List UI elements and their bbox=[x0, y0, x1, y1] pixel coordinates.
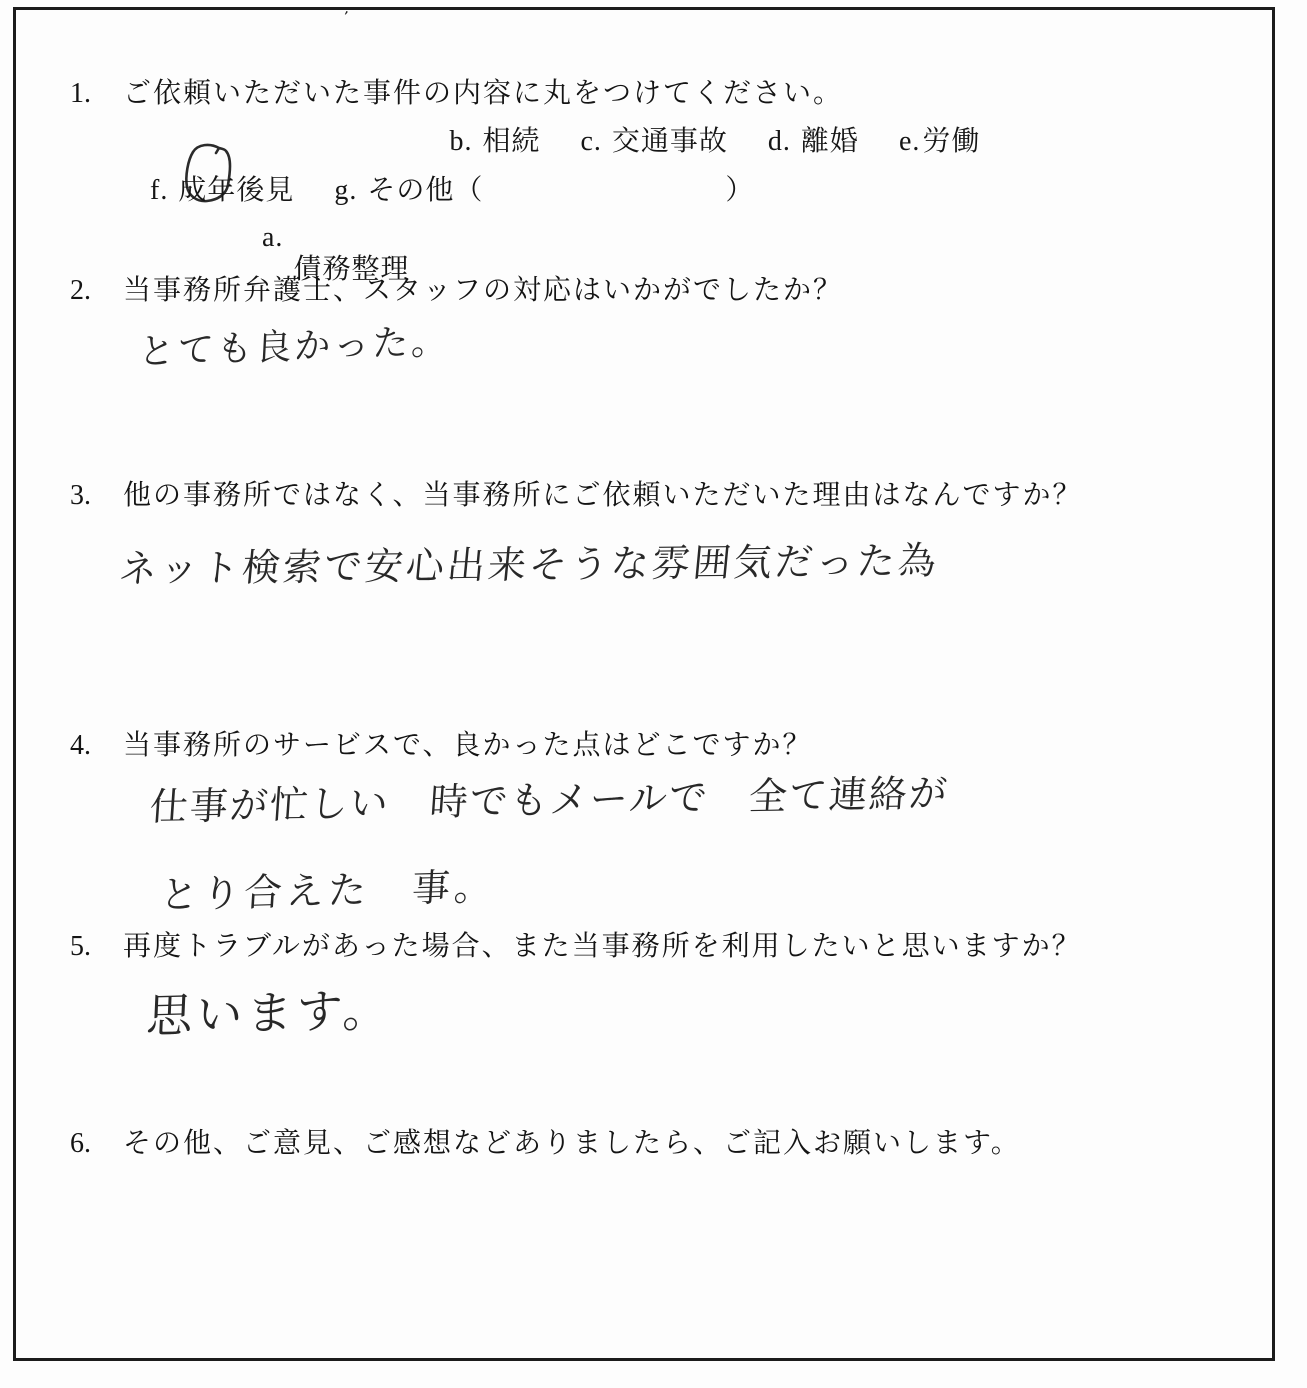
question-2-text: 当事務所弁護士、スタッフの対応はいかがでしたか？ bbox=[123, 275, 843, 306]
question-4-number: 4. bbox=[70, 730, 123, 762]
option-b-label: 相続 bbox=[482, 126, 540, 157]
option-a-letter: a. bbox=[262, 222, 283, 254]
handwritten-answer-q3: ネット検索で安心出来そうな雰囲気だった為 bbox=[117, 529, 942, 593]
option-e-label: 労働 bbox=[922, 126, 980, 157]
option-f-label: 成年後見 bbox=[178, 175, 294, 206]
question-2: 2.当事務所弁護士、スタッフの対応はいかがでしたか？ bbox=[70, 268, 843, 308]
question-4: 4.当事務所のサービスで、良かった点はどこですか？ bbox=[70, 723, 812, 763]
question-5: 5.再度トラブルがあった場合、また当事務所を利用したいと思いますか？ bbox=[70, 924, 1082, 964]
question-4-text: 当事務所のサービスで、良かった点はどこですか？ bbox=[123, 730, 812, 761]
option-d-label: 離婚 bbox=[801, 126, 859, 157]
option-g-label: その他（ bbox=[367, 175, 483, 206]
question-1-text: ご依頼いただいた事件の内容に丸をつけてください。 bbox=[123, 78, 843, 109]
handwritten-answer-q5: 思います。 bbox=[145, 974, 394, 1047]
close-paren: ） bbox=[725, 168, 754, 208]
question-5-number: 5. bbox=[70, 931, 123, 963]
question-2-number: 2. bbox=[70, 275, 123, 307]
question-6-text: その他、ご意見、ご感想などありましたら、ご記入お願いします。 bbox=[123, 1128, 1021, 1159]
option-f: f.成年後見 bbox=[150, 168, 294, 208]
question-1-options-row-2: f.成年後見 g.その他（ ） bbox=[150, 168, 754, 208]
question-3-number: 3. bbox=[70, 480, 123, 512]
option-e: e.労働 bbox=[899, 119, 980, 159]
option-g: g.その他（ bbox=[334, 168, 483, 208]
question-6: 6.その他、ご意見、ご感想などありましたら、ご記入お願いします。 bbox=[70, 1121, 1021, 1161]
option-c-label: 交通事故 bbox=[612, 126, 728, 157]
option-b: b.相続 bbox=[449, 119, 540, 159]
question-1-number: 1. bbox=[70, 78, 123, 110]
option-d: d.離婚 bbox=[768, 119, 859, 159]
question-3: 3.他の事務所ではなく、当事務所にご依頼いただいた理由はなんですか？ bbox=[70, 473, 1082, 513]
question-6-number: 6. bbox=[70, 1128, 123, 1160]
handwritten-answer-q4-line2: とり合えた 事。 bbox=[159, 855, 498, 919]
question-5-text: 再度トラブルがあった場合、また当事務所を利用したいと思いますか？ bbox=[123, 931, 1082, 962]
question-3-text: 他の事務所ではなく、当事務所にご依頼いただいた理由はなんですか？ bbox=[123, 480, 1082, 511]
question-1: 1.ご依頼いただいた事件の内容に丸をつけてください。 bbox=[70, 71, 843, 111]
scanned-questionnaire-page: ’ 1.ご依頼いただいた事件の内容に丸をつけてください。 a. 債務整理 b.相… bbox=[0, 0, 1307, 1388]
option-c: c.交通事故 bbox=[580, 119, 727, 159]
